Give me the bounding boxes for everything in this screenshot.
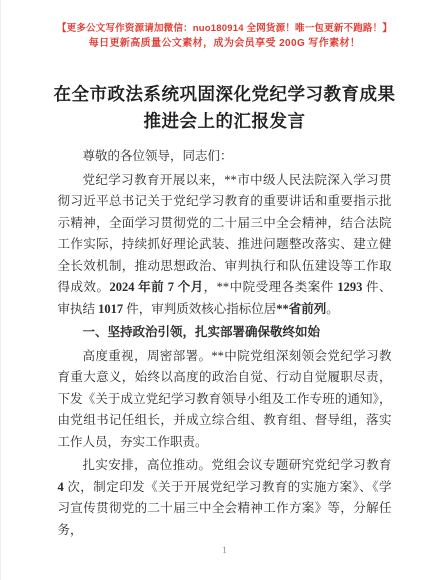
document-page: 【更多公文写作资源请加微信：nuo180914 全网货源！唯一包更新不跑路！】 … — [0, 0, 448, 580]
paragraph-body: 党纪学习教育开展以来，**市中级人民法院深入学习贯彻习近平总书记关于党纪学习教育… — [58, 170, 392, 321]
paragraph-salutation: 尊敬的各位领导，同志们： — [58, 146, 392, 168]
document-body: 尊敬的各位领导，同志们：党纪学习教育开展以来，**市中级人民法院深入学习贯彻习近… — [58, 146, 392, 541]
paragraph-heading: 一、坚持政治引领，扎实部署确保敬终如始 — [58, 322, 392, 344]
page-number: 1 — [1, 546, 448, 556]
ad-banner-line-1: 【更多公文写作资源请加微信：nuo180914 全网货源！唯一包更新不跑路！】 — [1, 21, 448, 36]
paragraph-body: 高度重视，周密部署。**中院党组深刻领会党纪学习教育重大意义，始终以高度的政治自… — [58, 346, 392, 454]
paragraph-body: 扎实安排，高位推动。党组会议专题研究党纪学习教育 4 次，制定印发《关于开展党纪… — [58, 455, 392, 541]
ad-banner: 【更多公文写作资源请加微信：nuo180914 全网货源！唯一包更新不跑路！】 … — [1, 0, 448, 51]
document-title: 在全市政法系统巩固深化党纪学习教育成果推进会上的汇报发言 — [51, 81, 399, 135]
ad-banner-line-2: 每日更新高质量公文素材，成为会员享受 200G 写作素材！ — [1, 36, 448, 51]
